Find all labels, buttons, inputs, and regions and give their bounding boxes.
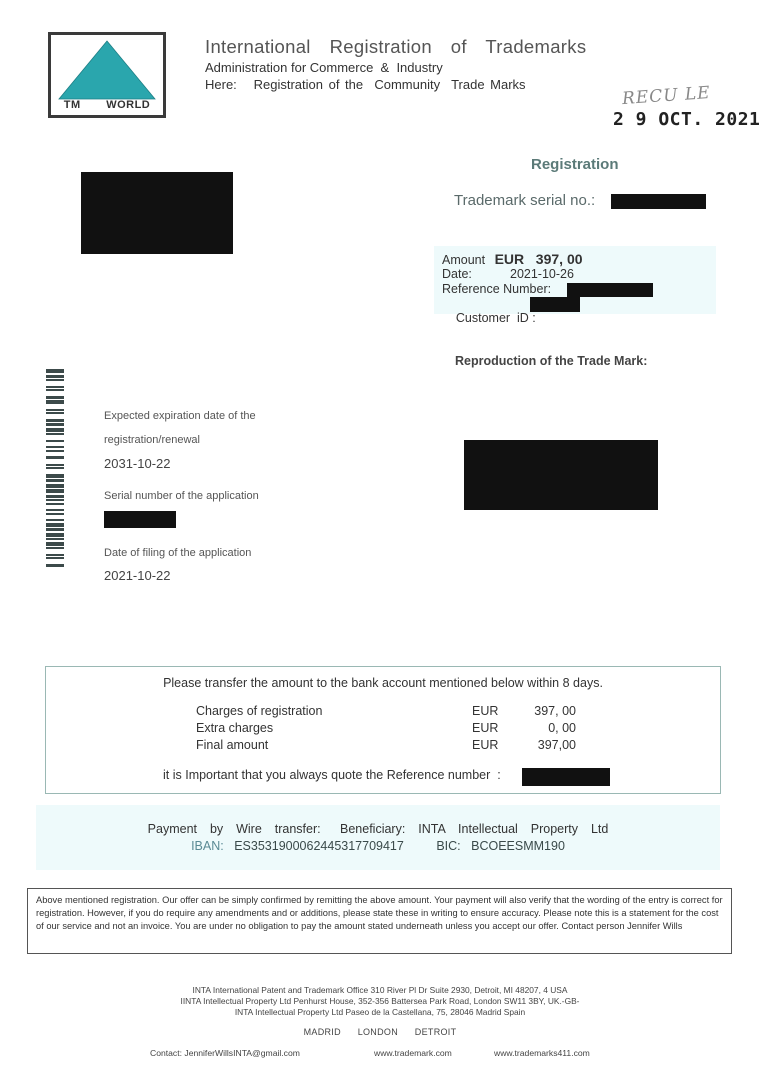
document-title: International Registration of Trademarks (205, 36, 586, 58)
barcode-bar (46, 389, 64, 391)
iban-label: IBAN: (191, 839, 224, 853)
reproduction-label: Reproduction of the Trade Mark: (455, 354, 647, 368)
footer-address-london: IINTA Intellectual Property Ltd Penhurst… (140, 996, 620, 1006)
payment-bank-details: IBAN: ES3531900062445317709417 BIC: BCOE… (36, 839, 720, 853)
charge-amount: 0, 00 (548, 721, 576, 735)
barcode-bar (46, 464, 64, 466)
barcode-bar (46, 523, 64, 527)
barcode-bar (46, 479, 64, 482)
reference-number-label: Reference Number: (442, 282, 551, 296)
logo-text-tm: TM (64, 99, 81, 111)
expiration-date-label-line2: registration/renewal (104, 434, 200, 446)
filing-date-value: 2021-10-22 (104, 568, 171, 583)
amount-value: EUR 397, 00 (495, 251, 583, 267)
charge-label: Final amount (196, 738, 268, 752)
barcode-bar (46, 409, 64, 411)
trademark-serial-redacted (611, 194, 706, 209)
trademark-reproduction-redacted (464, 440, 658, 510)
barcode-bar (46, 557, 64, 559)
charge-label: Extra charges (196, 721, 273, 735)
customer-id-label: Customer iD : (456, 311, 536, 325)
quote-reference-redacted (522, 768, 610, 786)
barcode-bar (46, 375, 64, 378)
barcode-bar (46, 440, 64, 442)
charge-label: Charges of registration (196, 704, 322, 718)
barcode-bar (46, 519, 64, 521)
barcode-bar (46, 503, 64, 505)
document-subject: Here: Registration of the Community Trad… (205, 77, 526, 92)
footer-website-trademarks411[interactable]: www.trademarks411.com (494, 1048, 590, 1058)
barcode-bar (46, 419, 64, 422)
charge-row: Charges of registration EUR 397, 00 (196, 704, 576, 721)
registration-heading: Registration (531, 156, 619, 173)
amount-summary-box: Amount EUR 397, 00 Date: 2021-10-26 Refe… (434, 246, 716, 314)
payment-beneficiary: Payment by Wire transfer: Beneficiary: I… (36, 822, 720, 836)
barcode-bar (46, 564, 64, 567)
barcode-bar (46, 467, 64, 469)
barcode-bar (46, 495, 64, 498)
barcode-bar (46, 396, 64, 399)
barcode-bar (46, 513, 64, 515)
logo-text-world: WORLD (106, 99, 150, 111)
barcode-bar (46, 533, 64, 537)
barcode-bar (46, 456, 64, 459)
received-stamp-handwriting: RECU LE (621, 83, 711, 109)
barcode-bar (46, 484, 64, 488)
payment-details-band: Payment by Wire transfer: Beneficiary: I… (36, 805, 720, 870)
barcode-bar (46, 499, 64, 501)
barcode-bar (46, 554, 64, 556)
received-stamp-date: 2 9 OCT. 2021 (613, 109, 760, 130)
barcode-bar (46, 446, 64, 448)
filing-date-label: Date of filing of the application (104, 547, 251, 559)
charge-amount: 397, 00 (534, 704, 576, 718)
barcode-bar (46, 412, 64, 414)
iban-value: ES3531900062445317709417 (234, 839, 404, 853)
barcode-bar (46, 379, 64, 381)
expiration-date-value: 2031-10-22 (104, 456, 171, 471)
expiration-date-label-line1: Expected expiration date of the (104, 410, 256, 422)
application-serial-redacted (104, 511, 176, 528)
charge-row: Final amount EUR 397,00 (196, 738, 576, 755)
barcode-bar (46, 547, 64, 549)
trademark-serial-label: Trademark serial no.: (454, 192, 595, 209)
transfer-heading: Please transfer the amount to the bank a… (46, 676, 720, 690)
customer-id-redacted (530, 297, 580, 312)
barcode-bar (46, 474, 64, 478)
charge-amount: 397,00 (538, 738, 576, 752)
footer-contact-email[interactable]: Contact: JenniferWillsINTA@gmail.com (150, 1048, 300, 1058)
tm-world-logo: TM WORLD (48, 32, 166, 118)
charge-currency: EUR (472, 721, 498, 735)
barcode-bar (46, 369, 64, 373)
barcode-bar (46, 423, 64, 426)
quote-reference-text: it is Important that you always quote th… (163, 768, 501, 782)
document-subtitle: Administration for Commerce & Industry (205, 60, 443, 75)
date-label: Date: (442, 267, 472, 281)
bic-value: BCOEESMM190 (471, 839, 565, 853)
recipient-address-redacted (81, 172, 233, 254)
barcode-bar (46, 489, 64, 493)
transfer-instructions-box: Please transfer the amount to the bank a… (45, 666, 721, 794)
date-value: 2021-10-26 (510, 267, 574, 281)
barcode-bar (46, 542, 64, 546)
barcode-bar (46, 538, 64, 540)
barcode-bar (46, 428, 64, 432)
footer-address-madrid: INTA Intellectual Property Ltd Paseo de … (140, 1007, 620, 1017)
application-serial-label: Serial number of the application (104, 490, 259, 502)
barcode-bar (46, 528, 64, 531)
footer-address-detroit: INTA International Patent and Trademark … (140, 985, 620, 995)
charge-row: Extra charges EUR 0, 00 (196, 721, 576, 738)
bic-label: BIC: (436, 839, 460, 853)
reference-number-redacted (567, 283, 653, 297)
charge-currency: EUR (472, 738, 498, 752)
barcode-bar (46, 386, 64, 388)
triangle-logo-icon (57, 39, 157, 101)
disclaimer-text: Above mentioned registration. Our offer … (27, 888, 732, 954)
barcode-bar (46, 400, 64, 404)
footer-cities: MADRID LONDON DETROIT (140, 1027, 620, 1037)
barcode-bar (46, 450, 64, 452)
amount-label: Amount (442, 253, 485, 267)
barcode-bar (46, 433, 64, 435)
footer-website-trademark[interactable]: www.trademark.com (374, 1048, 452, 1058)
barcode-bar (46, 509, 64, 511)
charge-currency: EUR (472, 704, 498, 718)
